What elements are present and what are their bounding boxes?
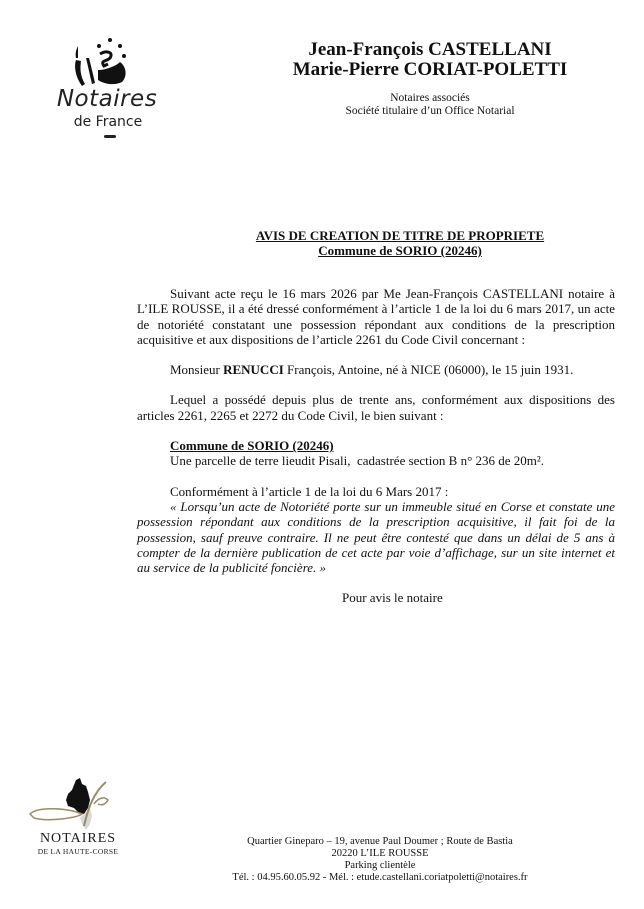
person-surname: RENUCCI (223, 362, 284, 377)
notaires-de-france-logo-icon (70, 36, 132, 88)
commune-heading: Commune de SORIO (20246) (170, 438, 615, 453)
footer-city: 20220 L’ILE ROUSSE (200, 848, 560, 860)
subtitle-line-2: Société titulaire d’un Office Notarial (270, 105, 590, 118)
corsica-map-n-logo-icon (28, 778, 138, 832)
logo-top-line1: Notaires (48, 86, 166, 112)
intro-paragraph: Suivant acte reçu le 16 mars 2026 par Me… (137, 286, 615, 347)
person-prefix: Monsieur (170, 362, 223, 377)
logo-bottom-line1: NOTAIRES (28, 831, 128, 847)
title-line-1: AVIS DE CREATION DE TITRE DE PROPRIETE (256, 228, 544, 243)
notaires-de-france-logo: Notaires de France (48, 36, 168, 136)
logo-top-dash (104, 135, 116, 138)
person-details: François, Antoine, né à NICE (06000), le… (284, 362, 574, 377)
law-quote: « Lorsqu’un acte de Notoriété porte sur … (137, 499, 615, 575)
possession-paragraph: Lequel a possédé depuis plus de trente a… (137, 392, 615, 423)
notary-names: Jean-François CASTELLANI Marie-Pierre CO… (270, 40, 590, 80)
title-line-2: Commune de SORIO (20246) (318, 243, 482, 258)
property-block: Commune de SORIO (20246) Une parcelle de… (137, 438, 615, 469)
person-paragraph: Monsieur RENUCCI François, Antoine, né à… (137, 362, 615, 377)
footer-parking: Parking clientèle (200, 860, 560, 872)
notary-name-2: Marie-Pierre CORIAT-POLETTI (270, 60, 590, 80)
notary-name-1: Jean-François CASTELLANI (270, 40, 590, 60)
parcel-description: Une parcelle de terre lieudit Pisali, ca… (170, 453, 615, 468)
logo-top-line2: de France (58, 114, 158, 130)
document-title: AVIS DE CREATION DE TITRE DE PROPRIETE C… (200, 228, 600, 258)
footer-address: Quartier Gineparo – 19, avenue Paul Doum… (200, 836, 560, 848)
logo-bottom-line2: DE LA HAUTE-CORSE (28, 847, 128, 856)
notary-subtitle: Notaires associés Société titulaire d’un… (270, 92, 590, 118)
subtitle-line-1: Notaires associés (270, 92, 590, 105)
notaires-haute-corse-logo: NOTAIRES DE LA HAUTE-CORSE (28, 778, 138, 850)
office-footer: Quartier Gineparo – 19, avenue Paul Doum… (200, 836, 560, 884)
signature-line: Pour avis le notaire (137, 590, 615, 605)
document-body: Suivant acte reçu le 16 mars 2026 par Me… (137, 286, 615, 606)
footer-contact: Tél. : 04.95.60.05.92 - Mél. : etude.cas… (200, 872, 560, 884)
law-reference: Conformément à l’article 1 de la loi du … (137, 484, 615, 499)
